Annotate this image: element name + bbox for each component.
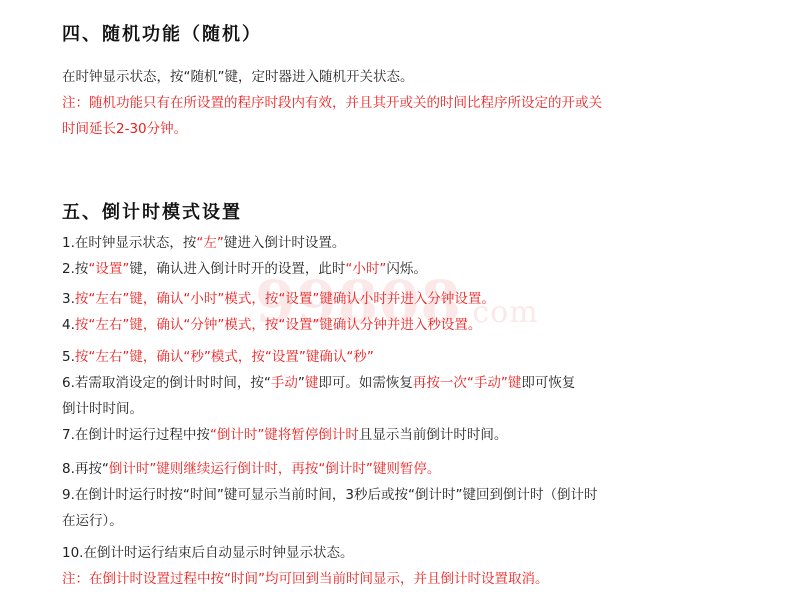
highlighted-text: 再按一次“手动”键	[413, 375, 522, 391]
highlighted-text: 按“左右”键，确认“小时”模式，按“设置”键确认小时并进入分钟设置。	[75, 291, 495, 307]
body-text: 4.	[62, 317, 75, 333]
text-line: 9.在倒计时运行时按“时间”键可显示当前时间，3秒后或按“倒计时”键回到倒计时（…	[62, 486, 597, 504]
highlighted-text: “设置”	[88, 261, 129, 277]
body-text: 5.	[62, 349, 75, 365]
body-text: ”	[298, 375, 305, 391]
text-line: 8.再按“倒计时”键则继续运行倒计时，再按“倒计时”键则暂停。	[62, 460, 440, 478]
text-line: 注：随机功能只有在所设置的程序时段内有效，并且其开或关的时间比程序所设定的开或关	[62, 94, 602, 112]
body-text: 即可恢复	[521, 375, 575, 391]
text-line: 1.在时钟显示状态，按“左”键进入倒计时设置。	[62, 234, 345, 252]
body-text: 在时钟显示状态，按“随机”键，定时器进入随机开关状态。	[62, 69, 414, 85]
text-line: 注：在倒计时设置过程中按“时间”均可回到当前时间显示，并且倒计时设置取消。	[62, 570, 549, 588]
body-text: 键进入倒计时设置。	[224, 235, 346, 251]
highlighted-text: “倒计时”键将暂停倒计时	[210, 427, 359, 443]
highlighted-text: 注：随机功能只有在所设置的程序时段内有效，并且其开或关的时间比程序所设定的开或关	[62, 95, 602, 111]
section-5-heading: 五、倒计时模式设置	[62, 198, 242, 224]
section-4-heading: 四、随机功能（随机）	[62, 20, 262, 46]
highlighted-text: 时间延长2-30分钟。	[62, 121, 187, 137]
text-line: 10.在倒计时运行结束后自动显示时钟显示状态。	[62, 544, 353, 562]
highlighted-text: 键	[305, 375, 319, 391]
highlighted-text: 倒计时”键则继续运行倒计时，再按“倒计时”键则暂停。	[109, 461, 440, 477]
body-text: 3.	[62, 291, 75, 307]
text-line: 在运行）。	[62, 512, 123, 530]
body-text: 9.在倒计时运行时按“时间”键可显示当前时间，3秒后或按“倒计时”键回到倒计时（…	[62, 487, 597, 503]
body-text: 闪烁。	[386, 261, 427, 277]
text-line: 倒计时时间。	[62, 400, 143, 418]
highlighted-text: 手动	[271, 375, 298, 391]
body-text: 10.在倒计时运行结束后自动显示时钟显示状态。	[62, 545, 353, 561]
text-line: 时间延长2-30分钟。	[62, 120, 187, 138]
text-line: 在时钟显示状态，按“随机”键，定时器进入随机开关状态。	[62, 68, 414, 86]
body-text: 倒计时时间。	[62, 401, 143, 417]
body-text: 键，确认进入倒计时开的设置，此时	[129, 261, 345, 277]
body-text: 7.在倒计时运行过程中按	[62, 427, 210, 443]
highlighted-text: 按“左右”键，确认“分钟”模式，按“设置”键确认分钟并进入秒设置。	[75, 317, 481, 333]
body-text: 在运行）。	[62, 513, 123, 529]
body-text: 8.再按“	[62, 461, 109, 477]
body-text: 6.若需取消设定的倒计时时间，按“	[62, 375, 271, 391]
body-text: 且显示当前倒计时时间。	[359, 427, 508, 443]
body-text: 即可。如需恢复	[318, 375, 413, 391]
text-line: 5.按“左右”键，确认“秒”模式，按“设置”键确认“秒”	[62, 348, 374, 366]
text-line: 7.在倒计时运行过程中按“倒计时”键将暂停倒计时且显示当前倒计时时间。	[62, 426, 507, 444]
highlighted-text: 按“左右”键，确认“秒”模式，按“设置”键确认“秒”	[75, 349, 374, 365]
body-text: 2.按	[62, 261, 88, 277]
text-line: 2.按“设置”键，确认进入倒计时开的设置，此时“小时”闪烁。	[62, 260, 427, 278]
text-line: 6.若需取消设定的倒计时时间，按“手动”键即可。如需恢复再按一次“手动”键即可恢…	[62, 374, 575, 392]
text-line: 3.按“左右”键，确认“小时”模式，按“设置”键确认小时并进入分钟设置。	[62, 290, 495, 308]
highlighted-text: 注：在倒计时设置过程中按“时间”均可回到当前时间显示，并且倒计时设置取消。	[62, 571, 549, 587]
body-text: 1.在时钟显示状态，按	[62, 235, 196, 251]
highlighted-text: “左”	[196, 235, 224, 251]
highlighted-text: “小时”	[345, 261, 386, 277]
text-line: 4.按“左右”键，确认“分钟”模式，按“设置”键确认分钟并进入秒设置。	[62, 316, 481, 334]
